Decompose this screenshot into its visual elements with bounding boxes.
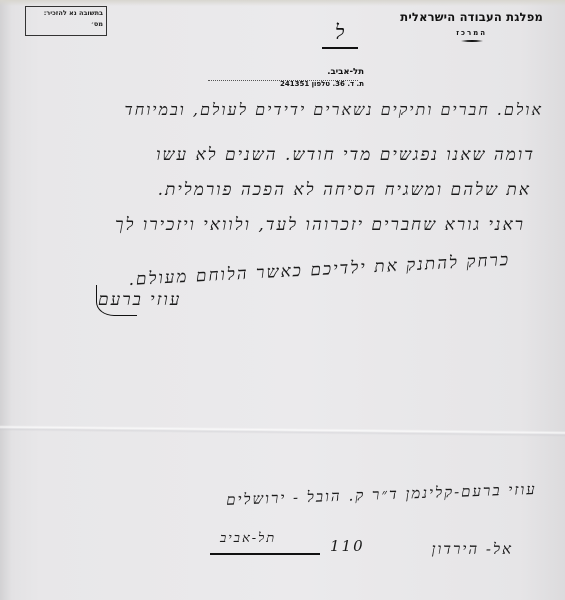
handwritten-page-number: ל: [335, 20, 344, 45]
page-number-underline: [322, 47, 358, 49]
body-line-4: את שלהם ומשגיח הסיחה לא הפכה פורמלית.: [158, 180, 531, 200]
body-line-3: דומה שאנו נפגשים מדי חודש. השנים לא עשו: [156, 145, 535, 165]
address-city: תל-אביב.: [280, 67, 364, 77]
letter-page: בתשובה נא להזכיר: מס׳ מפלגת העבודה הישרא…: [0, 0, 565, 600]
organization-name: מפלגת העבודה הישראלית: [400, 10, 543, 24]
body-line-6: כרחק להתנק את ילדיכם כאשר הלוחם מעולם.: [128, 250, 511, 290]
reference-stamp-box: בתשובה נא להזכיר: מס׳: [25, 6, 107, 36]
letterhead-rule: [461, 40, 483, 42]
body-line-5: ראני גורא שחברים יזכרוהו לעד, ולוואי ויז…: [115, 215, 525, 235]
return-address-line-1: עוזי ברעם-קלינמן ד״ר ק. הובל - ירושלים: [226, 480, 537, 510]
stamp-line-2: מס׳: [29, 19, 103, 30]
city-underline: [210, 553, 320, 555]
letterhead-address: תל-אביב. ת. ד. 36. טלפון 241351: [280, 67, 364, 88]
paper-fold-crease: [0, 425, 565, 437]
signature-flourish: [96, 285, 137, 316]
address-contact: ת. ד. 36. טלפון 241351: [280, 80, 364, 88]
return-address-number: 110: [330, 537, 365, 555]
body-line-1: אולם. חברים ותיקים נשארים ידידים לעולם, …: [124, 100, 543, 120]
department-name: המרכז: [400, 29, 543, 37]
letterhead: מפלגת העבודה הישראלית המרכז: [400, 10, 543, 42]
stamp-line-1: בתשובה נא להזכיר:: [29, 8, 103, 19]
return-address-street: אל- הירדון: [432, 540, 513, 559]
return-address-city: תל-אביב: [220, 530, 276, 546]
